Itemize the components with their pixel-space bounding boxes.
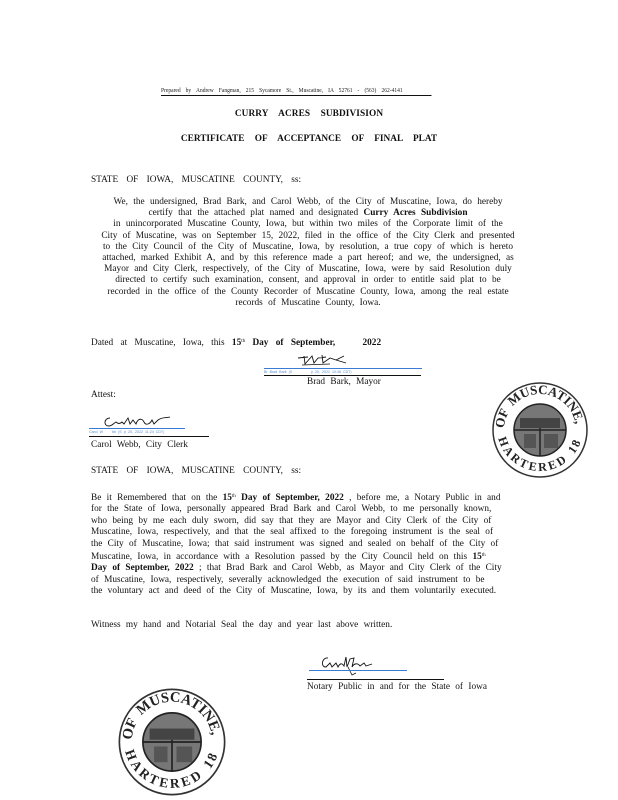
paragraph-line: records of Muscatine County, Iowa.: [88, 298, 528, 309]
clerk-esign-stamp-date: p 20, 2022 11:24 CDT): [124, 430, 164, 434]
attest-label: Attest:: [91, 390, 116, 400]
city-seal-upper: CITY OF MUSCATINE, IOWA CHARTERED 1851: [490, 380, 590, 480]
line-segment-pre: City of Muscatine, was on September 15, …: [101, 231, 514, 241]
prepared-by-line: Prepared by Andrew Fangman, 215 Sycamore…: [161, 88, 431, 96]
line-segment-pre: certify that the attached plat named and…: [148, 208, 363, 218]
line-segment-pre: the City of Muscatine, Iowa; that said i…: [91, 539, 498, 549]
mayor-name-title: Brad Bark, Mayor: [307, 377, 381, 387]
document-subtitle: CERTIFICATE OF ACCEPTANCE OF FINAL PLAT: [0, 134, 618, 144]
paragraph-line: City of Muscatine, was on September 15, …: [88, 231, 528, 242]
paragraph-line: We, the undersigned, Brad Bark, and Caro…: [88, 197, 528, 208]
line-segment-pre: Muscatine, Iowa, respectively, and that …: [91, 527, 493, 537]
line-segment-pre: attached, marked Exhibit A, and by this …: [102, 253, 513, 263]
paragraph-line: Mayor and City Clerk, respectively, of t…: [88, 264, 528, 275]
dated-year: 2022: [363, 338, 382, 348]
paragraph-line: who being by me each duly sworn, did say…: [91, 516, 531, 527]
paragraph-line: directed to certify such examination, co…: [88, 275, 528, 286]
mayor-signature-line: [264, 375, 421, 376]
line-segment-pre: for the State of Iowa, personally appear…: [91, 504, 491, 514]
line-segment-pre: Be it Remembered that on the: [91, 493, 223, 503]
line-segment-post: , before me, a Notary Public in and: [344, 493, 501, 503]
paragraph-line: for the State of Iowa, personally appear…: [91, 504, 531, 515]
state-county-heading: STATE OF IOWA, MUSCATINE COUNTY, ss:: [91, 175, 301, 185]
line-segment-bold2: Day of September, 2022: [236, 493, 344, 503]
paragraph-line: attached, marked Exhibit A, and by this …: [88, 253, 528, 264]
line-segment-pre: recorded in the office of the County Rec…: [107, 287, 508, 297]
notary-signature: [318, 655, 388, 677]
line-segment-pre: who being by me each duly sworn, did say…: [91, 516, 491, 526]
paragraph-line: Muscatine, Iowa, in accordance with a Re…: [91, 550, 531, 563]
line-segment-bold: Curry Acres Subdivision: [364, 208, 468, 218]
mayor-esign-stamp-name: Br Brad Bark (S: [264, 370, 292, 374]
line-segment-bold: Day of September, 2022: [91, 563, 194, 573]
dated-line: Dated at Muscatine, Iowa, this 15th Day …: [91, 338, 381, 348]
notary-signature-line: [307, 679, 444, 680]
clerk-esign-stamp-name: Carol W: [89, 430, 103, 434]
dated-prefix: Dated at Muscatine, Iowa, this: [91, 338, 232, 348]
paragraph-line: in unincorporated Muscatine County, Iowa…: [88, 219, 528, 230]
mayor-esign-stamp-date: p 20, 2022 10:48 CDT): [311, 370, 352, 374]
paragraph-line: recorded in the office of the County Rec…: [88, 287, 528, 298]
clerk-esign-stamp-mid: bb (S: [112, 430, 122, 434]
line-segment-pre: directed to certify such examination, co…: [115, 275, 501, 285]
notary-signature-line-blue: [309, 670, 407, 671]
line-segment-pre: to the City Council of the City of Musca…: [103, 242, 513, 252]
clerk-signature-line: [89, 436, 209, 437]
paragraph-line: the City of Muscatine, Iowa; that said i…: [91, 539, 531, 550]
city-seal-lower: CITY OF MUSCATINE, IOWA CHARTERED 1851: [116, 686, 228, 798]
witness-line: Witness my hand and Notarial Seal the da…: [91, 620, 392, 630]
mayor-signature: [296, 352, 356, 368]
dated-day-suffix: th: [241, 339, 245, 344]
line-segment-pre: records of Muscatine County, Iowa.: [235, 298, 380, 308]
line-segment-pre: Mayor and City Clerk, respectively, of t…: [104, 264, 512, 274]
line-segment-pre: of Muscatine, Iowa, respectively, severa…: [91, 575, 484, 585]
notary-paragraph: Be it Remembered that on the 15th Day of…: [91, 491, 531, 598]
paragraph-line: certify that the attached plat named and…: [88, 208, 528, 219]
clerk-name-title: Carol Webb, City Clerk: [91, 440, 188, 450]
line-segment-pre: We, the undersigned, Brad Bark, and Caro…: [113, 197, 502, 207]
certificate-paragraph: We, the undersigned, Brad Bark, and Caro…: [88, 197, 528, 309]
mayor-signature-line-blue: [264, 368, 422, 369]
notary-signature-label: Notary Public in and for the State of Io…: [307, 682, 487, 692]
clerk-signature-line-blue: [89, 428, 185, 429]
paragraph-line: Be it Remembered that on the 15th Day of…: [91, 491, 531, 504]
line-segment-sup: th: [482, 553, 486, 558]
paragraph-line: Day of September, 2022 ; that Brad Bark …: [91, 563, 531, 574]
line-segment-bold: 15: [223, 493, 232, 503]
paragraph-line: Muscatine, Iowa, respectively, and that …: [91, 527, 531, 538]
paragraph-line: the voluntary act and deed of the City o…: [91, 586, 531, 597]
paragraph-line: to the City Council of the City of Musca…: [88, 242, 528, 253]
line-segment-post: ; that Brad Bark and Carol Webb, as Mayo…: [194, 563, 502, 573]
dated-day: 15: [232, 338, 241, 348]
document-title: CURRY ACRES SUBDIVISION: [0, 109, 618, 119]
line-segment-pre: Muscatine, Iowa, in accordance with a Re…: [91, 552, 472, 562]
dated-month: Day of September,: [252, 338, 335, 348]
line-segment-bold: 15: [472, 552, 481, 562]
line-segment-pre: the voluntary act and deed of the City o…: [91, 586, 496, 596]
line-segment-pre: in unincorporated Muscatine County, Iowa…: [113, 219, 502, 229]
notary-state-county-heading: STATE OF IOWA, MUSCATINE COUNTY, ss:: [91, 466, 301, 476]
paragraph-line: of Muscatine, Iowa, respectively, severa…: [91, 575, 531, 586]
